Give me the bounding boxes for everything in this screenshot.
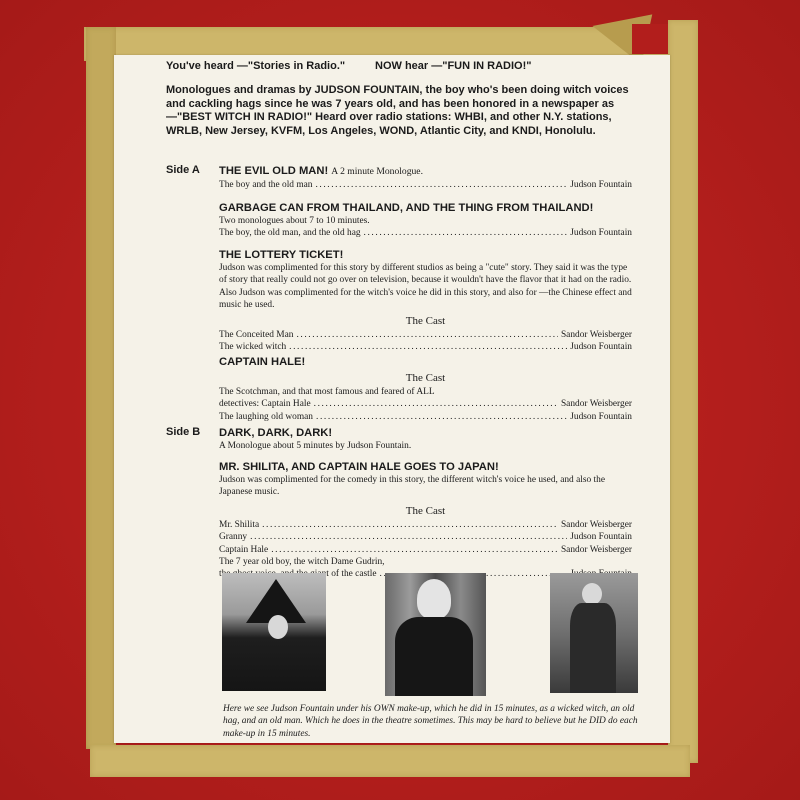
cast-heading: The Cast bbox=[219, 371, 632, 385]
cast-heading: The Cast bbox=[219, 504, 632, 518]
cast-row: The boy, the old man, and the old hagJud… bbox=[219, 227, 632, 239]
track-title: MR. SHILITA, AND CAPTAIN HALE GOES TO JA… bbox=[219, 460, 632, 474]
cast-heading: The Cast bbox=[219, 314, 632, 328]
cast-row: GrannyJudson Fountain bbox=[219, 531, 632, 543]
track-dark-dark-dark: DARK, DARK, DARK! A Monologue about 5 mi… bbox=[219, 426, 632, 452]
track-title: THE LOTTERY TICKET! bbox=[219, 248, 632, 262]
track-garbage-can: GARBAGE CAN FROM THAILAND, AND THE THING… bbox=[219, 201, 632, 240]
cast-note: The 7 year old boy, the witch Dame Gudri… bbox=[219, 556, 632, 568]
heard-text: You've heard —"Stories in Radio." bbox=[166, 60, 345, 72]
side-b-label: Side B bbox=[166, 426, 200, 438]
cast-row: The Conceited ManSandor Weisberger bbox=[219, 329, 632, 341]
track-title: CAPTAIN HALE! bbox=[219, 355, 632, 369]
photo-old-hag bbox=[385, 573, 486, 696]
now-hear-text: NOW hear —"FUN IN RADIO!" bbox=[375, 60, 532, 72]
track-description: Judson was complimented for the comedy i… bbox=[219, 474, 632, 499]
track-description: A Monologue about 5 minutes by Judson Fo… bbox=[219, 440, 632, 452]
cast-row: Captain HaleSandor Weisberger bbox=[219, 544, 632, 556]
tape-bottom bbox=[90, 745, 690, 777]
cast-row: The laughing old womanJudson Fountain bbox=[219, 411, 632, 423]
track-captain-hale: CAPTAIN HALE! The Cast The Scotchman, an… bbox=[219, 355, 632, 423]
cast-row: The boy and the old manJudson Fountain bbox=[219, 179, 632, 191]
track-description: Judson was complimented for this story b… bbox=[219, 262, 632, 312]
cast-row: The wicked witchJudson Fountain bbox=[219, 341, 632, 353]
side-a-label: Side A bbox=[166, 164, 200, 176]
photo-caption: Here we see Judson Fountain under his OW… bbox=[223, 703, 643, 740]
track-evil-old-man: THE EVIL OLD MAN! A 2 minute Monologue. … bbox=[219, 164, 632, 191]
intro-paragraph: Monologues and dramas by JUDSON FOUNTAIN… bbox=[166, 84, 636, 138]
cast-note: The Scotchman, and that most famous and … bbox=[219, 386, 632, 398]
track-subtitle: A 2 minute Monologue. bbox=[331, 166, 423, 177]
track-title: GARBAGE CAN FROM THAILAND, AND THE THING… bbox=[219, 201, 632, 215]
headline: You've heard —"Stories in Radio." NOW he… bbox=[166, 60, 636, 72]
tape-right bbox=[668, 20, 698, 763]
track-mr-shilita: MR. SHILITA, AND CAPTAIN HALE GOES TO JA… bbox=[219, 460, 632, 581]
photo-wicked-witch bbox=[222, 573, 326, 691]
cast-row: Mr. ShilitaSandor Weisberger bbox=[219, 519, 632, 531]
red-gap-under-tape bbox=[632, 24, 668, 54]
cast-row: detectives: Captain HaleSandor Weisberge… bbox=[219, 398, 632, 410]
track-title: THE EVIL OLD MAN! bbox=[219, 165, 328, 177]
track-description: Two monologues about 7 to 10 minutes. bbox=[219, 215, 632, 227]
track-title: DARK, DARK, DARK! bbox=[219, 426, 632, 440]
photo-old-man bbox=[550, 573, 638, 693]
track-lottery-ticket: THE LOTTERY TICKET! Judson was complimen… bbox=[219, 248, 632, 353]
tape-left bbox=[86, 27, 116, 749]
